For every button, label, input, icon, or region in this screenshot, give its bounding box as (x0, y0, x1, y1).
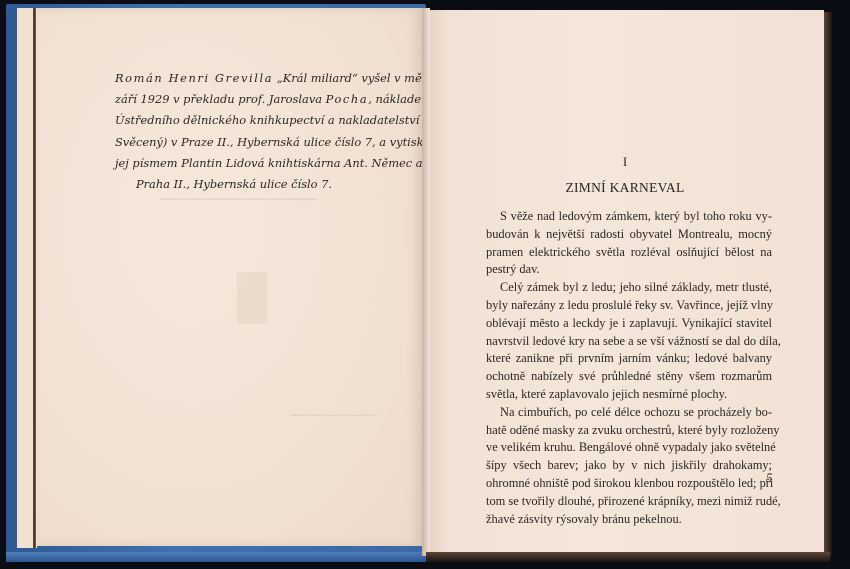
show-through-text: ▔▔▔▔▔▔▔▔▔▔ (290, 416, 377, 427)
book-cover-edge (6, 552, 426, 562)
text-line: budován k největší radosti obyvatel Mont… (472, 226, 772, 244)
paragraph: S věže nad ledovým zámkem, který byl toh… (472, 208, 772, 279)
text-line: S věže nad ledovým zámkem, který byl toh… (472, 208, 772, 226)
text-line: které zanikne při prvním jarním vánku; l… (472, 350, 772, 368)
text-line: ohromné ohniště pod širokou klenbou rozp… (472, 475, 772, 493)
colophon-line: Praha II., Hybernská ulice číslo 7. (115, 174, 353, 195)
colophon-line: září 1929 v překladu prof. Jaroslava Poc… (115, 89, 353, 110)
colophon-line: Román Henri Grevilla „Král miliard“ vyše… (115, 68, 353, 89)
chapter-title: ZIMNÍ KARNEVAL (430, 180, 820, 196)
text-line: Celý zámek byl z ledu; jeho silné základ… (472, 279, 772, 297)
text-line: hatě oděné masky za zvuku orchestrů, kte… (472, 422, 772, 440)
text-line: pestrý dav. (472, 261, 772, 279)
text-line: pramen elektrického světla rozléval oslň… (472, 244, 772, 262)
text-line: světla, které zaplavovalo jejich nesmírn… (472, 386, 772, 404)
text-line: tom se tvořily dlouhé, přirozené krápník… (472, 493, 772, 511)
chapter-body: S věže nad ledovým zámkem, který byl toh… (472, 208, 772, 528)
text-line: žhavé zásvity rýsovaly bránu pekelnou. (472, 511, 772, 529)
paragraph: Celý zámek byl z ledu; jeho silné základ… (472, 279, 772, 404)
text-line: byly nařezány z ledu proslulé řeky sv. V… (472, 297, 772, 315)
text-line: oblévají město a leckdy je i zaplavují. … (472, 315, 772, 333)
text-line: šípy všech barev; jako by v nich jiskřil… (472, 457, 772, 475)
colophon: Román Henri Grevilla „Král miliard“ vyše… (115, 68, 353, 195)
text-line: Na cimbuřích, po celé délce ochozu se pr… (472, 404, 772, 422)
text-line: navrstvil ledové kry na sebe a se vší vá… (472, 333, 772, 351)
page-edge-shadow (426, 552, 830, 562)
show-through-mark (237, 272, 267, 324)
text-line: ve velikém kruhu. Bengálové ohně vypadal… (472, 439, 772, 457)
paragraph: Na cimbuřích, po celé délce ochozu se pr… (472, 404, 772, 529)
chapter-number: I (430, 154, 820, 170)
show-through-text: ▔▔▔▔▔▔▔▔▔▔▔▔▔▔▔▔▔▔ (160, 200, 316, 211)
text-line: ochotně nabízely své průhledné stěny vše… (472, 368, 772, 386)
page-number: 5 (766, 470, 773, 486)
colophon-line: Ústředního dělnického knihkupectví a nak… (115, 110, 353, 131)
page-stack-edge (33, 8, 36, 548)
colophon-line: Svěcený) v Praze II., Hybernská ulice čí… (115, 132, 353, 153)
spine-shadow (422, 8, 430, 556)
colophon-line: jej písmem Plantin Lidová knihtiskárna A… (115, 153, 353, 174)
page-edge-shadow (824, 12, 832, 557)
